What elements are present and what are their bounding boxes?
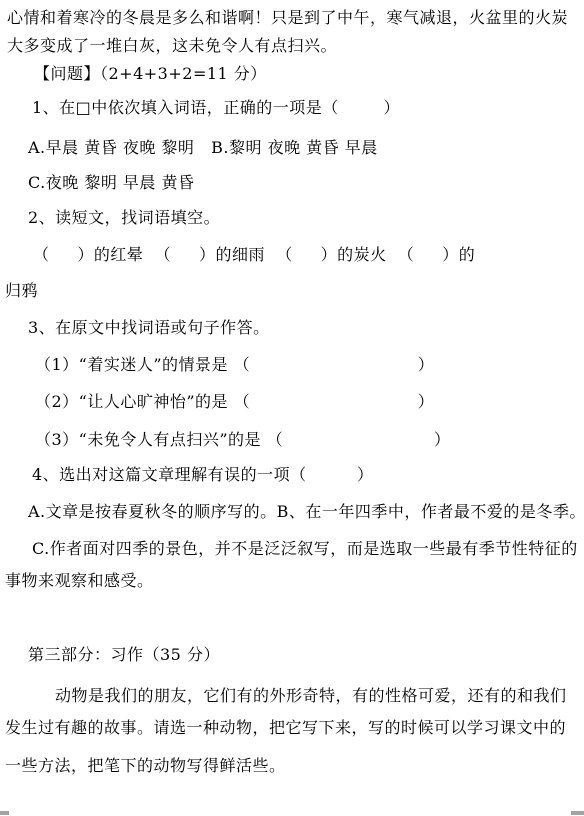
q4-option-c-line-1: C.作者面对四季的景色，并不是泛泛叙写，而是选取一些最有季节性特征的 — [32, 539, 578, 559]
q2-blanks-line-2: 归鸦 — [5, 281, 38, 301]
horizontal-scrollbar-fragment-left[interactable] — [0, 811, 9, 815]
exam-document-page: 心情和着寒冷的冬晨是多么和谐啊！只是到了中午，寒气减退，火盆里的火炭 大多变成了… — [0, 0, 584, 816]
essay-prompt-line-3: 一些方法，把笔下的动物写得鲜活些。 — [5, 756, 286, 776]
q3-sub-question-3: （3）“未免令人有点扫兴”的是 （ ） — [35, 430, 450, 450]
q4-prompt: 4、选出对这篇文章理解有误的一项（ ） — [32, 465, 373, 485]
q2-prompt: 2、读短文，找词语填空。 — [28, 208, 220, 228]
q1-prompt: 1、在□中依次填入词语，正确的一项是（ ） — [32, 98, 400, 118]
q3-sub-question-2: （2）“让人心旷神怡”的是 （ ） — [35, 392, 434, 412]
q4-options-a-b: A.文章是按春夏秋冬的顺序写的。B、在一年四季中，作者最不爱的是冬季。 — [28, 502, 584, 522]
q3-prompt: 3、在原文中找词语或句子作答。 — [28, 318, 270, 338]
essay-prompt-line-1: 动物是我们的朋友，它们有的外形奇特，有的性格可爱，还有的和我们 — [55, 686, 567, 706]
q1-options-a-b: A.早晨 黄昏 夜晚 黎明 B.黎明 夜晚 黄昏 早晨 — [28, 138, 378, 158]
q3-sub-question-1: （1）“着实迷人”的情景是 （ ） — [35, 355, 434, 375]
part3-heading: 第三部分：习作（35 分） — [28, 645, 220, 665]
passage-line-1: 心情和着寒冷的冬晨是多么和谐啊！只是到了中午，寒气减退，火盆里的火炭 — [7, 8, 568, 28]
q1-option-c: C.夜晚 黎明 早晨 黄昏 — [28, 173, 195, 193]
essay-prompt-line-2: 发生过有趣的故事。请选一种动物，把它写下来，写的时候可以学习课文中的 — [5, 718, 566, 738]
passage-line-2: 大多变成了一堆白灰，这未免令人有点扫兴。 — [7, 36, 337, 56]
q2-blanks-line-1: （ ）的红晕 （ ）的细雨 （ ）的炭火 （ ）的 — [33, 245, 475, 265]
questions-header: 【问题】（2+4+3+2=11 分） — [34, 64, 267, 84]
horizontal-scrollbar-fragment-right[interactable] — [571, 811, 584, 815]
q4-option-c-line-2: 事物来观察和感受。 — [5, 571, 154, 591]
